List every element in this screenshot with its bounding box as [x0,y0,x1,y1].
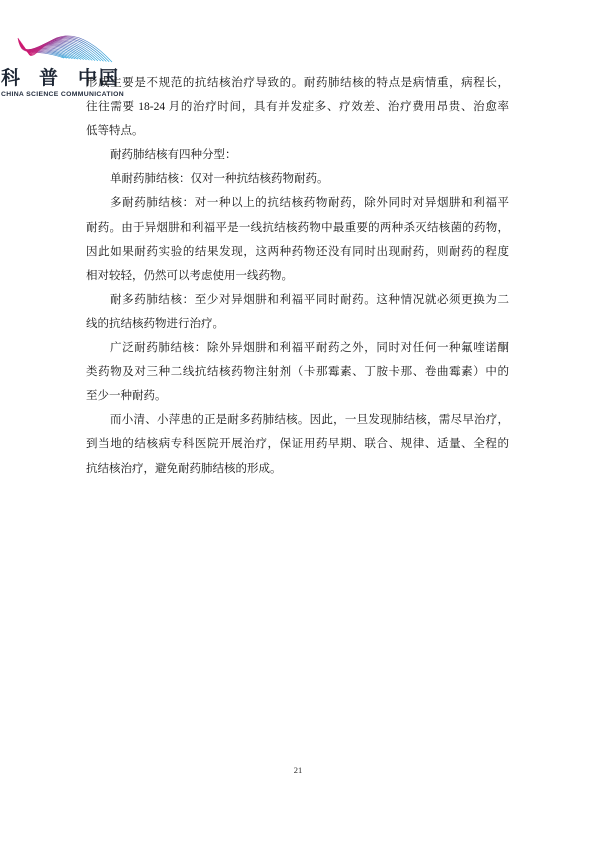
brand-character: 科 [1,69,20,89]
text-line: 多耐药肺结核：对一种以上的抗结核药物耐药，除外同时对异烟肼和利福平 [86,191,509,215]
text-line: 往往需要 18-24 月的治疗时间，具有并发症多、疗效差、治疗费用昂贵、治愈率 [86,95,509,119]
text-line: 耐多药肺结核：至少对异烟肼和利福平同时耐药。这种情况就必须更换为二 [86,288,509,312]
page-number: 21 [0,765,596,775]
text-line: 至少一种耐药。 [86,384,509,408]
logo-swoosh-icon [0,0,120,70]
text-line: 单耐药肺结核：仅对一种抗结核药物耐药。 [86,167,509,191]
brand-character: 普 [39,69,58,89]
text-line: 广泛耐药肺结核：除外异烟肼和利福平耐药之外，同时对任何一种氟喹诺酮 [86,336,509,360]
article-body: 形成主要是不规范的抗结核治疗导致的。耐药肺结核的特点是病情重，病程长，往往需要 … [86,71,509,481]
text-line: 到当地的结核病专科医院开展治疗，保证用药早期、联合、规律、适量、全程的 [86,432,509,456]
text-line: 抗结核治疗，避免耐药肺结核的形成。 [86,457,509,481]
text-line: 线的抗结核药物进行治疗。 [86,312,509,336]
text-line: 而小清、小萍患的正是耐多药肺结核。因此，一旦发现肺结核，需尽早治疗， [86,408,509,432]
text-line: 耐药肺结核有四种分型： [86,143,509,167]
text-line: 因此如果耐药实验的结果发现，这两种药物还没有同时出现耐药，则耐药的程度 [86,240,509,264]
text-line: 相对较轻，仍然可以考虑使用一线药物。 [86,264,509,288]
text-line: 耐药。由于异烟肼和利福平是一线抗结核药物中最重要的两种杀灭结核菌的药物， [86,216,509,240]
text-line: 形成主要是不规范的抗结核治疗导致的。耐药肺结核的特点是病情重，病程长， [86,71,509,95]
text-line: 类药物及对三种二线抗结核药物注射剂（卡那霉素、丁胺卡那、卷曲霉素）中的 [86,360,509,384]
document-page: 科 普 中 国 CHINA SCIENCE COMMUNICATION 形成主要… [0,0,596,842]
text-line: 低等特点。 [86,119,509,143]
